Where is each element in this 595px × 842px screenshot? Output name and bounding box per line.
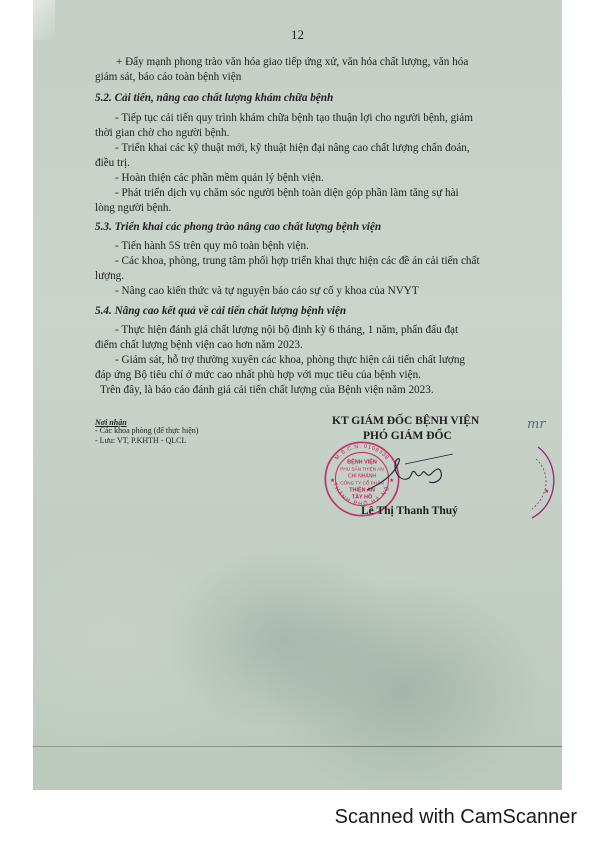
recipient-item: - Lưu: VT, P.KHTH - QLCL xyxy=(95,436,186,446)
section-line: - Nâng cao kiến thức và tự nguyện báo cá… xyxy=(115,285,419,298)
section-heading-5-3: 5.3. Triển khai các phong trào nâng cao … xyxy=(95,221,381,234)
signatory-name: Lê Thị Thanh Thuý xyxy=(361,505,458,518)
closing-statement: Trên đây, là báo cáo đánh giá cải tiến c… xyxy=(100,384,434,397)
intro-bullet-continuation: giám sát, báo cáo toàn bệnh viện xyxy=(95,71,241,84)
section-line: - Giám sát, hỗ trợ thường xuyên các khoa… xyxy=(115,354,465,367)
signature-title-line1: KT GIÁM ĐỐC BỆNH VIỆN xyxy=(332,415,479,428)
page-number: 12 xyxy=(33,27,562,43)
section-heading-5-4: 5.4. Nâng cao kết quả về cải tiến chất l… xyxy=(95,305,346,318)
section-line: lòng người bệnh. xyxy=(95,202,171,215)
section-line: - Tiếp tục cải tiến quy trình khám chữa … xyxy=(115,112,473,125)
section-line: - Tiến hành 5S trên quy mô toàn bệnh việ… xyxy=(115,240,309,253)
handwritten-initials: mr xyxy=(527,417,546,432)
scan-artifact-line xyxy=(33,746,562,747)
section-line: điểm chất lượng bệnh viện cao hơn năm 20… xyxy=(95,339,303,352)
section-line: - Triển khai các kỹ thuật mới, kỹ thuật … xyxy=(115,142,470,155)
handwritten-signature xyxy=(365,452,455,497)
page-seal-partial: ★ xyxy=(530,445,562,520)
section-line: - Thực hiện đánh giá chất lượng nội bộ đ… xyxy=(115,324,458,337)
svg-text:★: ★ xyxy=(330,478,335,484)
section-line: - Phát triển dịch vụ chăm sóc người bệnh… xyxy=(115,187,459,200)
section-line: - Các khoa, phòng, trung tâm phối hợp tr… xyxy=(115,255,480,268)
section-heading-5-2: 5.2. Cải tiến, nâng cao chất lượng khám … xyxy=(95,92,333,105)
section-line: điều trị. xyxy=(95,157,130,170)
camscanner-watermark: Scanned with CamScanner xyxy=(335,806,577,829)
section-line: đáp ứng Bộ tiêu chí ở mức cao nhất phù h… xyxy=(95,369,421,382)
section-line: lượng. xyxy=(95,270,124,283)
section-line: thời gian chờ cho người bệnh. xyxy=(95,127,229,140)
svg-text:★: ★ xyxy=(544,488,549,495)
section-line: - Hoàn thiện các phần mềm quản lý bệnh v… xyxy=(115,172,324,185)
scanned-page: 12 + Đẩy mạnh phong trào văn hóa giao ti… xyxy=(33,0,562,790)
recipient-item: - Các khoa phòng (để thực hiện) xyxy=(95,426,198,436)
intro-bullet-line: + Đẩy mạnh phong trào văn hóa giao tiếp … xyxy=(116,56,468,69)
